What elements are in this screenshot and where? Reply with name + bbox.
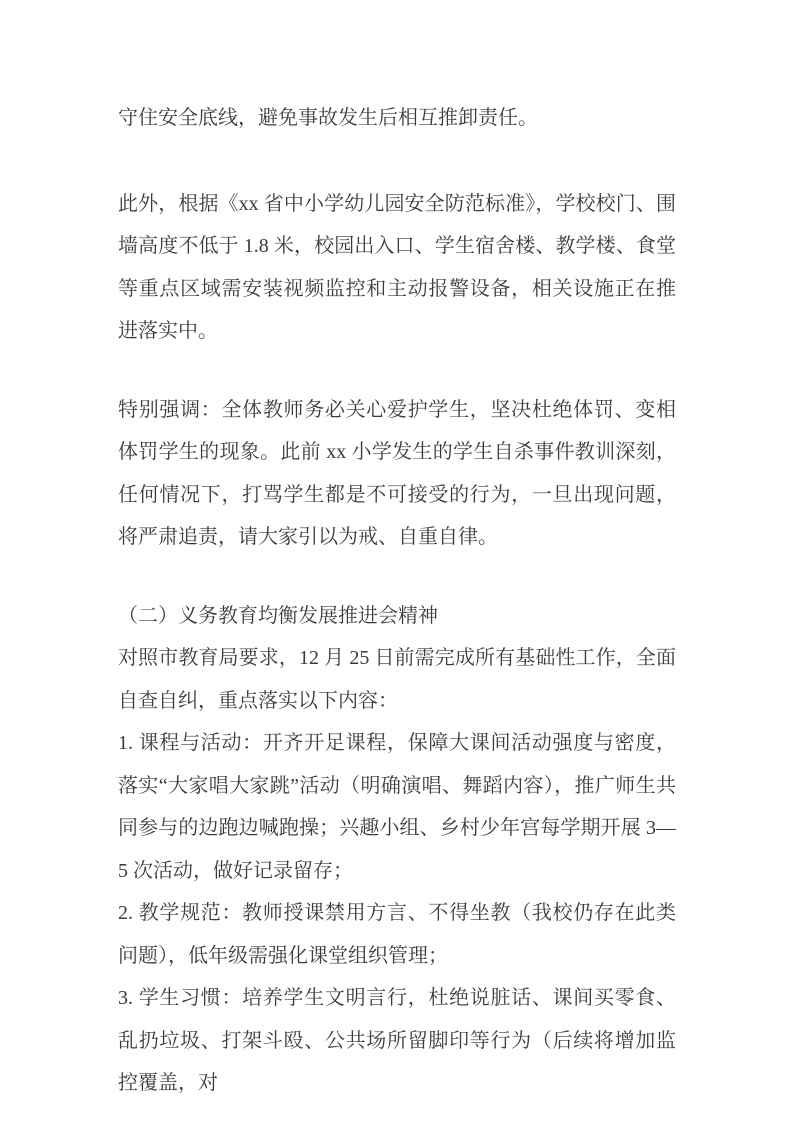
para-teacher-discipline: 特别强调：全体教师务必关心爱护学生，坚决杜绝体罚、变相体罚学生的现象。此前 xx… — [118, 389, 676, 559]
para-item-1-curriculum: 1. 课程与活动：开齐开足课程，保障大课间活动强度与密度，落实“大家唱大家跳”活… — [118, 722, 676, 892]
para-safety-bottom-line: 守住安全底线，避免事故发生后相互推卸责任。 — [118, 97, 676, 140]
para-inspection-requirements: 对照市教育局要求，12 月 25 日前需完成所有基础性工作，全面自查自纠，重点落… — [118, 637, 676, 722]
document-page: 守住安全底线，避免事故发生后相互推卸责任。 此外，根据《xx 省中小学幼儿园安全… — [0, 0, 793, 1122]
para-item-3-student-habits: 3. 学生习惯：培养学生文明言行，杜绝说脏话、课间买零食、乱扔垃圾、打架斗殴、公… — [118, 977, 676, 1105]
section-heading: （二）义务教育均衡发展推进会精神 — [118, 595, 676, 638]
para-item-2-teaching-norms: 2. 教学规范：教师授课禁用方言、不得坐教（我校仍存在此类问题），低年级需强化课… — [118, 892, 676, 977]
para-security-standards: 此外，根据《xx 省中小学幼儿园安全防范标准》，学校校门、围墙高度不低于 1.8… — [118, 183, 676, 353]
